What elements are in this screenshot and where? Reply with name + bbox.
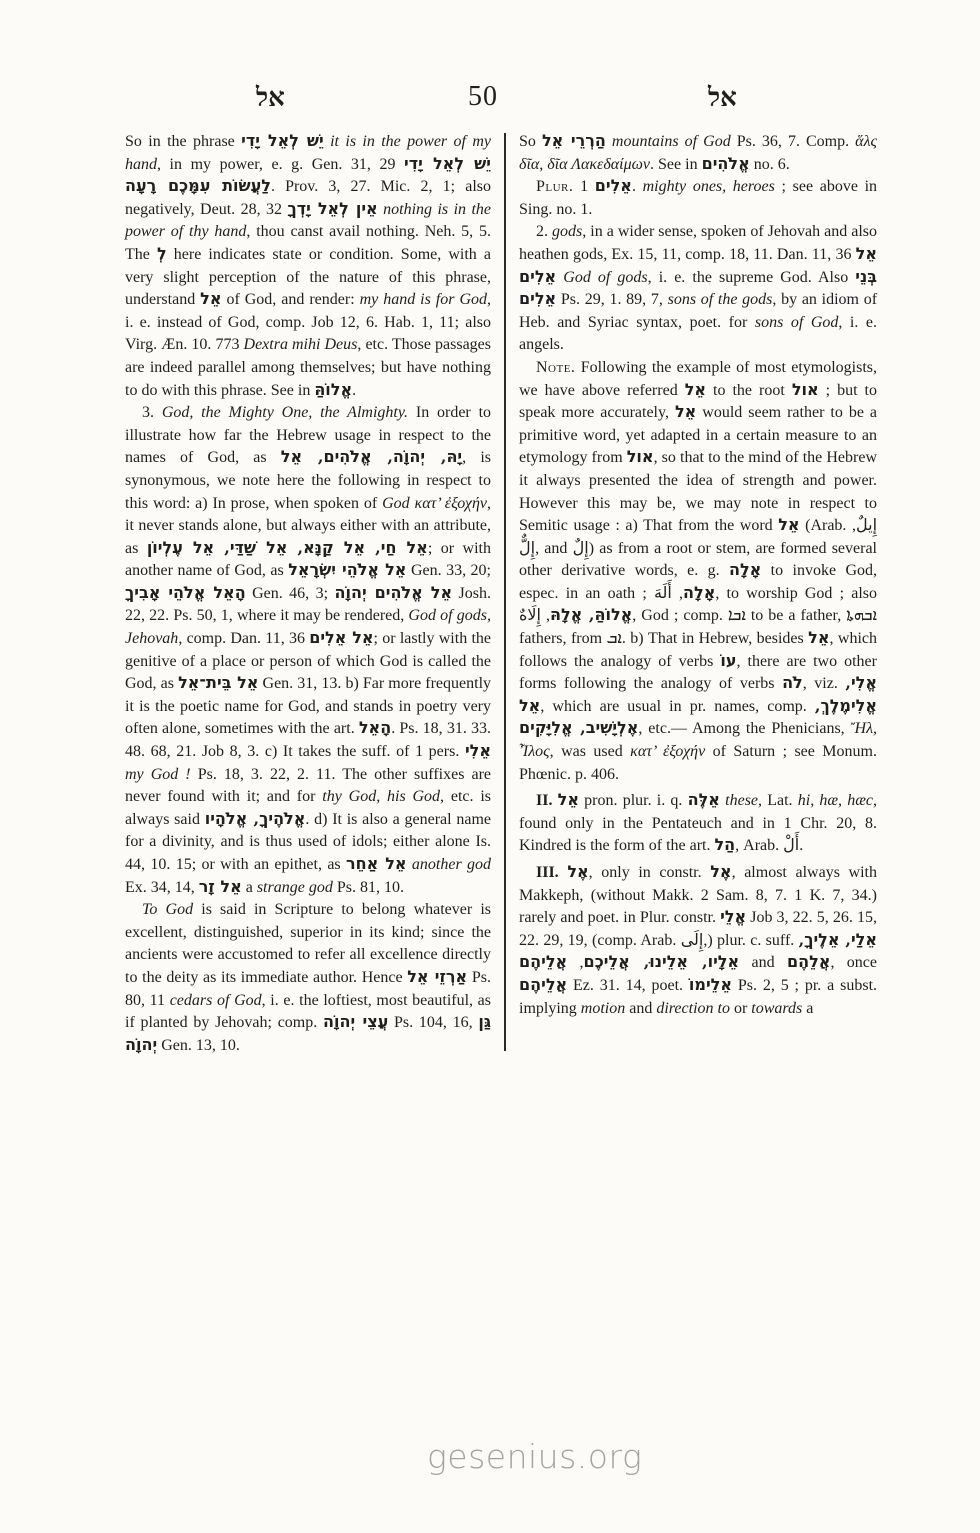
left-column: So in the phrase יֵשׁ לְאֵל יָדִי it is … [125, 131, 491, 1057]
text-run: gods [552, 223, 582, 240]
text-run: cedars of God [170, 992, 262, 1009]
text-run: towards [751, 1000, 802, 1017]
paragraph-sense-3: 3. God, the Mighty One, the Almighty. In… [125, 402, 491, 899]
text-run: לֹה [782, 673, 803, 692]
text-run: יֵשׁ לְאֵל יָדִי [241, 131, 324, 150]
text-run: אֵל חַי, אֵל קַנָּא, אֵל שַׁדַּי, אֵל עֶ… [147, 538, 428, 557]
text-run: mighty ones, heroes [643, 178, 775, 195]
text-run: אֵל [200, 289, 221, 308]
page-header: אל 50 אל [0, 80, 980, 122]
text-run: of God, and render: [222, 291, 360, 308]
text-run: To God [142, 901, 193, 918]
text-run: thy God, his God [322, 788, 440, 805]
text-run: ܐܒܗܬܐ [846, 605, 877, 624]
page-number: 50 [0, 80, 966, 114]
paragraph-entry-ii: II. אֵל pron. plur. i. q. אֵלֶּה these, … [519, 790, 877, 858]
text-columns: So in the phrase יֵשׁ לְאֵל יָדִי it is … [125, 131, 877, 1057]
text-run: אֵל אַחֵר [346, 854, 407, 873]
text-run: , [672, 585, 683, 602]
text-run: , [541, 607, 550, 624]
text-run: Gen. 13, 10. [157, 1037, 240, 1054]
text-run: Plur. [536, 178, 573, 195]
text-run: God of gods [563, 269, 647, 286]
text-run: a [802, 1000, 813, 1017]
text-run: , Arab. [735, 837, 783, 854]
text-run: to be a father, [746, 607, 846, 624]
text-run: إِلٌّ [519, 538, 535, 557]
text-run: עֲצֵי יְהוָֹה [323, 1012, 388, 1031]
text-run: אֵל [675, 402, 696, 421]
paragraph-entry-iii: III. אֶל, only in constr. אֶל, almost al… [519, 862, 877, 1020]
text-run: עוֹ [720, 651, 736, 670]
text-run: אֱלֹהֶיךָ, אֱלֹהָיו [205, 809, 306, 828]
text-run: אֱלֵי [720, 907, 746, 926]
text-run: hi, hæ, hæc [798, 792, 873, 809]
text-run: Dextra mihi Deus [244, 336, 358, 353]
text-run: אֶל [567, 862, 588, 881]
text-run: or [730, 1000, 751, 1017]
text-run: לְ [157, 244, 167, 263]
text-run: Ps. 29, 1. 89, 7, [556, 291, 667, 308]
text-run: אֵלֵימוֹ [689, 975, 732, 994]
text-run: إِلٌ [573, 538, 589, 557]
text-run: أَلَهَ [654, 583, 672, 602]
text-run: إِلَاهٌ [519, 605, 541, 624]
text-run: , to worship God ; also [715, 585, 877, 602]
text-run: , Lat. [758, 792, 798, 809]
text-run: אֵל אֵלִים [309, 628, 373, 647]
text-run: fathers, from [519, 630, 606, 647]
text-run: אֲלֵהֶם [787, 952, 830, 971]
text-run: אֲלֵיהֶם [519, 975, 567, 994]
text-run: , in my power, e. g. Gen. 31, 29 [157, 156, 404, 173]
paragraph-note: Note. Following the example of most etym… [519, 357, 877, 786]
text-run: הַל [715, 835, 736, 854]
text-run: אֶל [710, 862, 731, 881]
text-run: אֵין לְאֵל יָדְךָ [287, 199, 377, 218]
text-run: my hand is for God [360, 291, 487, 308]
text-run: pron. plur. i. q. [579, 792, 688, 809]
text-run: , and [535, 540, 573, 557]
text-run: ܐܒ [606, 628, 621, 647]
paragraph-continuation: So הַרְרֵי אֵל mountains of God Ps. 36, … [519, 131, 877, 176]
paragraph-sense-2: 2. gods, in a wider sense, spoken of Jeh… [519, 221, 877, 357]
text-run: 3. [142, 404, 162, 421]
text-run: הָאֵל [359, 718, 391, 737]
text-run: a [242, 879, 257, 896]
watermark: gesenius.org [427, 1438, 642, 1476]
text-run: God [382, 495, 410, 512]
text-run: κατ’ ἐξοχήν [415, 495, 487, 512]
text-run: , comp. Dan. 11, 36 [178, 630, 309, 647]
text-run: אֵלִים [595, 176, 632, 195]
text-run: Ps. 104, 16, [388, 1014, 478, 1031]
text-run: mountains of God [612, 133, 731, 150]
text-run: . See in [650, 156, 702, 173]
text-run: So in the phrase [125, 133, 241, 150]
text-run: הָאֵל אֱלֹהֵי אָבִיךָ [125, 583, 246, 602]
paragraph-continuation: So in the phrase יֵשׁ לְאֵל יָדִי it is … [125, 131, 491, 402]
guide-word-right: אל [708, 82, 737, 114]
text-run: III. [536, 864, 567, 881]
text-run: אֵלֶּה [688, 790, 720, 809]
text-run: , was used [550, 743, 631, 760]
text-run: sons of God [755, 314, 839, 331]
text-run: אֲלֵיהֶם [519, 952, 567, 971]
text-run: אֵל [808, 628, 829, 647]
text-run: אֱלֹהִים [702, 154, 750, 173]
scanned-lexicon-page: אל 50 אל So in the phrase יֵשׁ לְאֵל יָד… [0, 0, 980, 1533]
text-run: and [625, 1000, 656, 1017]
text-run: Gen. 33, 20; [406, 562, 491, 579]
text-run: אֵלִי [465, 741, 491, 760]
text-run: Ez. 31. 14, poet. [567, 977, 689, 994]
text-run: , i. e. the supreme God. Also [648, 269, 856, 286]
text-run: אול [792, 380, 819, 399]
text-run: ,) plur. c. suff. [703, 932, 798, 949]
text-run: 2. [536, 223, 552, 240]
text-run: , viz. [803, 675, 846, 692]
text-run: , God ; comp. [632, 607, 728, 624]
text-run: إِلَى [681, 930, 704, 949]
right-column: So הַרְרֵי אֵל mountains of God Ps. 36, … [519, 131, 877, 1057]
text-run: κατ’ ἐξοχήν [630, 743, 705, 760]
text-run: , which are usual in pr. names, comp. [540, 698, 815, 715]
text-run: to the root [706, 382, 792, 399]
text-run: direction to [656, 1000, 730, 1017]
text-run: and [739, 954, 787, 971]
text-run: (Arab. [800, 517, 852, 534]
text-run: אול [627, 447, 654, 466]
text-run: , only in constr. [589, 864, 711, 881]
text-run: אֱלוֹהַּ [314, 380, 352, 399]
text-run: أَلْ [783, 835, 799, 854]
text-run: sons of the gods [668, 291, 773, 308]
text-run: Ex. 34, 14, [125, 879, 199, 896]
text-run: אֵל [685, 380, 706, 399]
text-run: . [352, 382, 356, 399]
text-run: יָהּ, יְהוָֹה, אֱלֹהִים, אֵל [281, 447, 462, 466]
text-run: my God ! [125, 766, 191, 783]
text-run: אָלָה [683, 583, 715, 602]
text-run: God, the Mighty One, the Almighty. [162, 404, 408, 421]
text-run: אֵל [558, 790, 579, 809]
text-run: . b) That in Hebrew, besides [622, 630, 808, 647]
paragraph-plural: Plur. אֵלִים 1. mighty ones, heroes ; se… [519, 176, 877, 221]
text-run: strange god [257, 879, 333, 896]
text-run: אֵל בֵּית־אֵל [178, 673, 258, 692]
text-run: אָלָה [729, 560, 761, 579]
text-run: אֵל זָר [199, 877, 242, 896]
text-run: إِيلٌ [856, 515, 877, 534]
text-run: Ps. 36, 7. Comp. [731, 133, 855, 150]
text-run: , once [830, 954, 877, 971]
text-run: אֵל אֱלֹהִים יְהוָֹה [334, 583, 452, 602]
text-run: , [567, 954, 583, 971]
text-run: הַרְרֵי אֵל [542, 131, 606, 150]
text-run: motion [581, 1000, 625, 1017]
text-run: אֵל [778, 515, 799, 534]
text-run: Ps. 81, 10. [333, 879, 404, 896]
text-run: So [519, 133, 542, 150]
text-run: , etc.— Among the Phenicians, [638, 720, 850, 737]
text-run: אֵל אֱלֹהֵי יִשְׂרָאֵל [288, 560, 406, 579]
text-run: Gen. 46, 3; [246, 585, 335, 602]
text-run: another god [412, 856, 491, 873]
text-run: . [799, 837, 803, 854]
paragraph-to-god: To God is said in Scripture to belong wh… [125, 899, 491, 1057]
text-run: II. [536, 792, 558, 809]
text-run: ܐܒܐ [728, 605, 746, 624]
text-run: no. 6. [750, 156, 790, 173]
text-run: אֱלוֹהַּ, אֱלָהּ [550, 605, 632, 624]
text-run: Note. [536, 359, 575, 376]
text-run: these [725, 792, 758, 809]
column-divider [504, 133, 506, 1051]
text-run: אַרְזֵי אֵל [407, 967, 467, 986]
